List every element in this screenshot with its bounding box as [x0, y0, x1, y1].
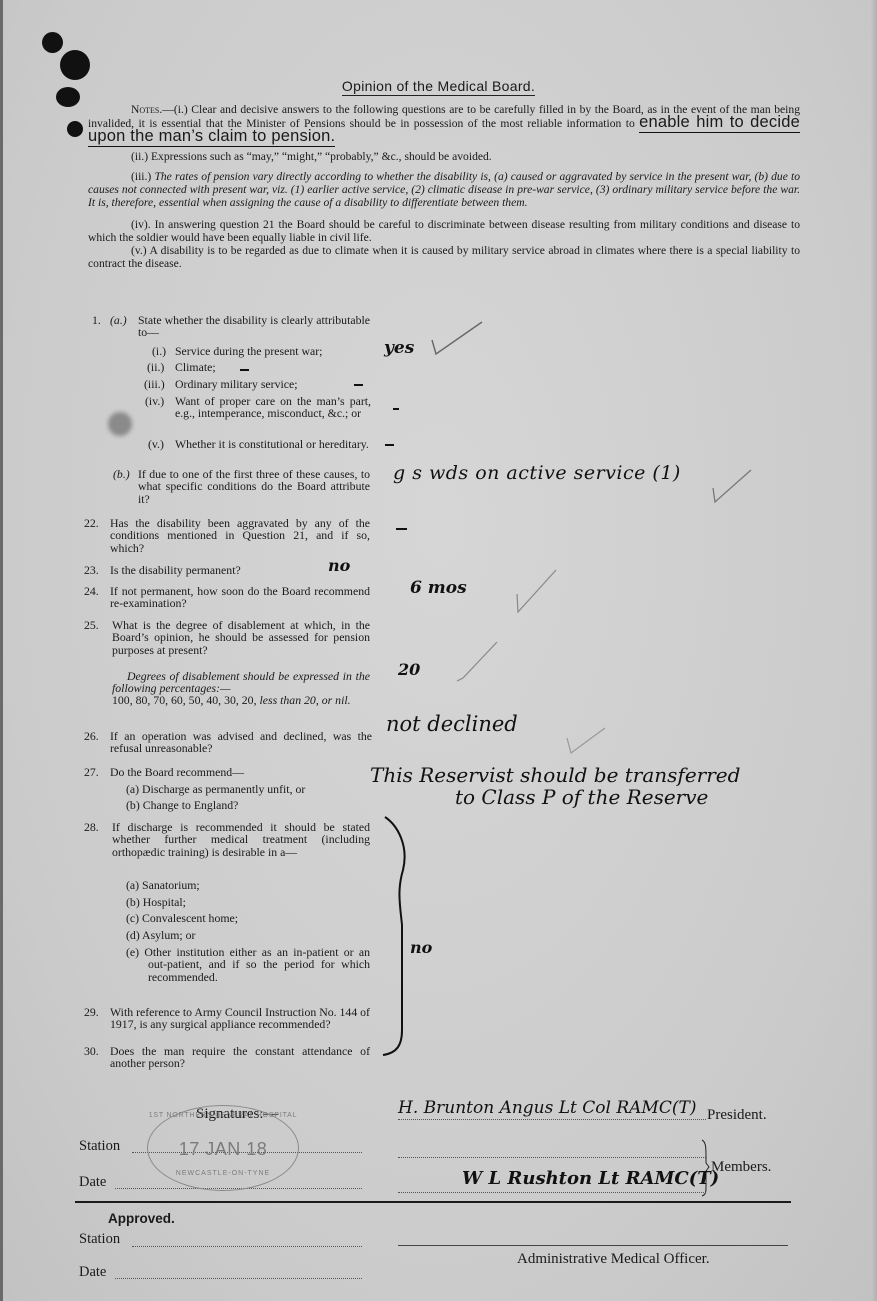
punch-hole-icon — [67, 121, 83, 137]
q1-item-label: (iii.) — [144, 378, 165, 390]
page-edge — [0, 0, 3, 1301]
q24-answer: 6 mos — [410, 578, 467, 598]
station-label: Station — [79, 1138, 120, 1155]
q28-item: (c) Convalescent home; — [126, 912, 238, 924]
percentages-less-than: less than 20, or nil. — [259, 693, 350, 707]
checkmark-icon — [565, 724, 610, 759]
question-25-text: What is the degree of disablement at whi… — [112, 619, 370, 656]
q1-iii-dash — [354, 384, 363, 386]
question-1b-text: If due to one of the first three of thes… — [138, 468, 370, 505]
question-number: 26. — [84, 730, 99, 742]
president-signature: H. Brunton Angus Lt Col RAMC(T) — [398, 1098, 696, 1118]
q1-item-label: (i.) — [152, 345, 166, 357]
q25-answer: 20 — [398, 660, 420, 679]
checkmark-icon — [455, 640, 500, 685]
document-page: Opinion of the Medical Board. Notes.—(i.… — [0, 0, 877, 1301]
q1-item-text: Service during the present war; — [175, 345, 375, 357]
question-number: 30. — [84, 1045, 99, 1057]
notes-lead: Notes. — [131, 103, 162, 116]
question-25-percentages: 100, 80, 70, 60, 50, 40, 30, 20, less th… — [112, 694, 370, 706]
question-28-text: If discharge is recommended it should be… — [112, 821, 370, 858]
question-number: 28. — [84, 821, 99, 833]
q27-answer-line1: This Reservist should be transferred — [370, 763, 740, 787]
question-30-text: Does the man require the constant attend… — [110, 1045, 370, 1070]
question-29-text: With reference to Army Council Instructi… — [110, 1006, 370, 1031]
note-iii: (iii.) The rates of pension vary directl… — [88, 170, 800, 209]
note-v: (v.) A disability is to be regarded as d… — [88, 244, 800, 270]
question-1a-text: State whether the disability is clearly … — [138, 314, 370, 339]
page-edge — [871, 0, 877, 1301]
percentages-list: 100, 80, 70, 60, 50, 40, 30, 20, — [112, 693, 257, 707]
stamp-top-text: 1ST NORTHERN GENERAL HOSPITAL — [148, 1112, 298, 1119]
checkmark-icon — [705, 460, 755, 505]
q28-item: (e) Other institution either as an in-pa… — [126, 946, 370, 983]
approval-date-label: Date — [79, 1264, 106, 1281]
question-number: 1. — [92, 313, 101, 327]
president-label: President. — [707, 1107, 767, 1124]
note-ii: (ii.) Expressions such as “may,” “might,… — [88, 150, 800, 163]
q28-item: (d) Asylum; or — [126, 929, 195, 941]
note-iii-label: (iii.) — [131, 170, 151, 183]
date-label: Date — [79, 1174, 106, 1191]
question-27-a: (a) Discharge as permanently unfit, or — [126, 783, 305, 795]
question-22-text: Has the disability been aggravated by an… — [110, 517, 370, 554]
officer-label: Administrative Medical Officer. — [517, 1251, 710, 1268]
q28-answer: no — [410, 938, 432, 957]
q23-answer: no — [328, 556, 350, 575]
stamp-date: 17 JAN 18 — [148, 1139, 298, 1160]
question-27-text: Do the Board recommend— — [110, 766, 244, 778]
hospital-stamp: 1ST NORTHERN GENERAL HOSPITAL 17 JAN 18 … — [147, 1105, 299, 1191]
stamp-bottom-text: NEWCASTLE-ON-TYNE — [148, 1170, 298, 1177]
approval-station-label: Station — [79, 1231, 120, 1248]
q1-item-label: (iv.) — [145, 395, 164, 407]
question-24-text: If not permanent, how soon do the Board … — [110, 585, 370, 610]
member-signature: W L Rushton Lt RAMC(T) — [462, 1168, 719, 1189]
q28-item: (a) Sanatorium; — [126, 879, 200, 891]
question-23-text: Is the disability permanent? — [110, 564, 241, 576]
brace-icon — [375, 815, 415, 1060]
q1-item-label: (v.) — [148, 438, 164, 450]
question-1: 1. — [92, 314, 101, 326]
section-divider — [75, 1201, 791, 1203]
page-title: Opinion of the Medical Board. — [0, 78, 877, 94]
q1-item-text: Whether it is constitutional or heredita… — [175, 438, 371, 450]
q1-v-answer-dash — [385, 444, 394, 446]
punch-hole-icon — [60, 50, 90, 80]
q27-answer-line2: to Class P of the Reserve — [455, 785, 708, 809]
officer-signature-line[interactable] — [398, 1245, 788, 1246]
ink-blot-icon — [108, 412, 132, 436]
question-number: 22. — [84, 517, 99, 529]
question-number: 24. — [84, 585, 99, 597]
q1-item-label: (ii.) — [147, 361, 164, 373]
notes-section: Notes.—(i.) Clear and decisive answers t… — [88, 103, 800, 270]
q28-item: (b) Hospital; — [126, 896, 186, 908]
q1-item-text: Want of proper care on the man’s part, e… — [175, 395, 371, 420]
approval-date-line[interactable] — [115, 1278, 362, 1279]
q1-iv-answer-dash — [393, 408, 399, 410]
approved-label: Approved. — [108, 1211, 175, 1226]
checkmark-icon — [510, 566, 560, 616]
q26-answer: not declined — [386, 712, 518, 736]
question-number: 25. — [84, 619, 99, 631]
question-26-text: If an operation was advised and declined… — [110, 730, 372, 755]
q1-item-text: Climate; — [175, 361, 216, 373]
president-signature-line[interactable] — [398, 1119, 706, 1120]
question-27-b: (b) Change to England? — [126, 799, 238, 811]
checkmark-icon — [430, 320, 490, 360]
punch-hole-icon — [42, 32, 63, 53]
question-number: 23. — [84, 564, 99, 576]
question-1b-label: (b.) — [113, 468, 130, 480]
question-number: 29. — [84, 1006, 99, 1018]
question-number: 27. — [84, 766, 99, 778]
q1b-answer: g s wds on active service (1) — [393, 462, 681, 484]
member-1-signature-line[interactable] — [398, 1157, 706, 1158]
note-iv: (iv). In answering question 21 the Board… — [88, 218, 800, 244]
q1-item-text: Ordinary military service; — [175, 378, 298, 390]
note-i: Notes.—(i.) Clear and decisive answers t… — [88, 103, 800, 144]
note-iii-text: The rates of pension vary directly accor… — [88, 170, 800, 209]
approval-station-line[interactable] — [132, 1246, 362, 1247]
q1-ii-dash — [240, 369, 249, 371]
members-label: Members. — [711, 1159, 771, 1176]
member-2-signature-line[interactable] — [398, 1192, 706, 1193]
title-text: Opinion of the Medical Board. — [342, 78, 535, 96]
q1-i-answer: yes — [384, 338, 414, 358]
question-1a-label: (a.) — [110, 314, 127, 326]
q22-answer-dash — [396, 528, 407, 530]
question-25-note: Degrees of disablement should be express… — [112, 670, 370, 695]
